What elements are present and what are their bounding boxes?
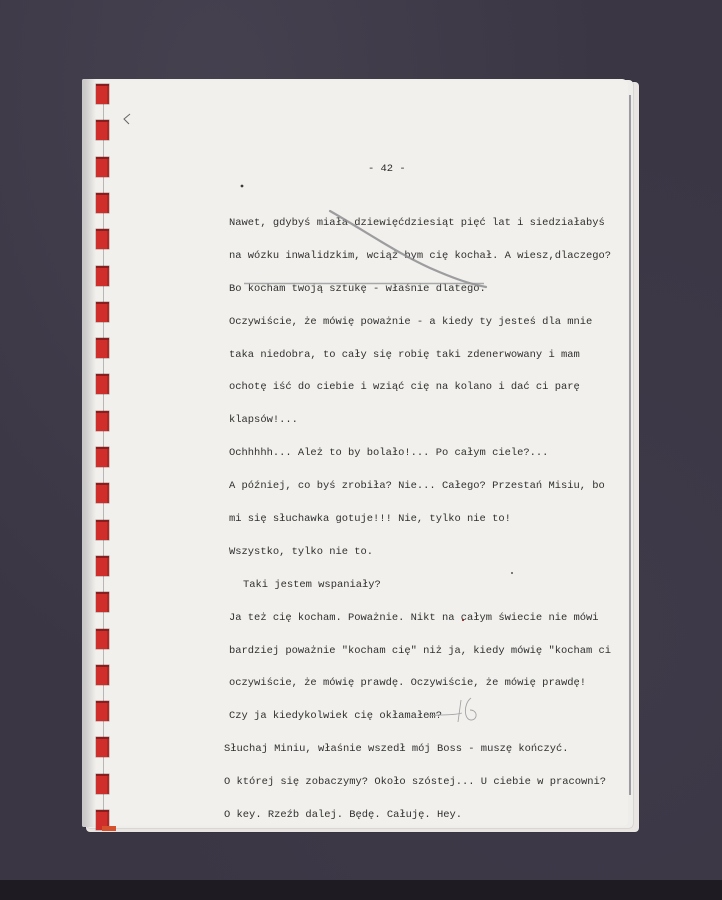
- scanner-edge: [0, 880, 722, 900]
- page-stack-edge: [629, 95, 631, 795]
- text-line: taka niedobra, to cały się robię taki zd…: [229, 339, 611, 372]
- binding-ring: [96, 665, 109, 685]
- binding-ring: [96, 701, 109, 721]
- text-line: ochotę iść do ciebie i wziąć cię na kola…: [229, 371, 611, 404]
- binding-ring: [96, 120, 109, 140]
- text-line: Taki jestem wspaniały?: [229, 569, 611, 602]
- text-line: Wszystko, tylko nie to.: [229, 536, 611, 569]
- binding-ring: [96, 737, 109, 757]
- binding-ring: [96, 338, 109, 358]
- binding-ring: [96, 157, 109, 177]
- text-line: O której się zobaczymy? Około szóstej...…: [224, 766, 611, 799]
- binding-ring: [96, 447, 109, 467]
- binding-ring: [96, 556, 109, 576]
- binding-ring: [96, 266, 109, 286]
- binding-ring: [96, 229, 109, 249]
- text-line: Nawet, gdybyś miała dziewięćdziesiąt pię…: [229, 207, 611, 240]
- text-line: Ja też cię kocham. Poważnie. Nikt na cał…: [229, 602, 611, 635]
- binding-ring: [96, 84, 109, 104]
- binding-ring: [96, 302, 109, 322]
- page-number: - 42 -: [368, 163, 406, 175]
- text-line: Ochhhhh... Ależ to by bolało!... Po cały…: [229, 437, 611, 470]
- text-line: Czy ja kiedykolwiek cię okłamałem?: [229, 700, 611, 733]
- typed-text-body: Nawet, gdybyś miała dziewięćdziesiąt pię…: [229, 207, 611, 832]
- binding-ring: [96, 520, 109, 540]
- text-line: Oczywiście, że mówię poważnie - a kiedy …: [229, 306, 611, 339]
- binding-tab: [102, 826, 116, 831]
- binding-ring: [96, 374, 109, 394]
- page-binding-shadow: [82, 79, 96, 827]
- text-line: O key. Rzeźb dalej. Będę. Całuję. Hey.: [224, 799, 611, 832]
- binding-ring: [96, 774, 109, 794]
- text-line: na wózku inwalidzkim, wciąż bym cię koch…: [229, 240, 611, 273]
- text-line: oczywiście, że mówię prawdę. Oczywiście,…: [229, 667, 611, 700]
- comb-binding: [96, 84, 110, 829]
- text-line: mi się słuchawka gotuje!!! Nie, tylko ni…: [229, 503, 611, 536]
- binding-ring: [96, 483, 109, 503]
- text-line: Bo kocham twoją sztukę - właśnie dlatego…: [229, 273, 611, 306]
- binding-ring: [96, 629, 109, 649]
- binding-ring: [96, 592, 109, 612]
- binding-ring: [96, 411, 109, 431]
- text-line: bardziej poważnie "kocham cię" niż ja, k…: [229, 635, 611, 668]
- text-line: klapsów!...: [229, 404, 611, 437]
- text-line: Słuchaj Miniu, właśnie wszedł mój Boss -…: [224, 733, 611, 766]
- binding-ring: [96, 193, 109, 213]
- text-line: A później, co byś zrobiła? Nie... Całego…: [229, 470, 611, 503]
